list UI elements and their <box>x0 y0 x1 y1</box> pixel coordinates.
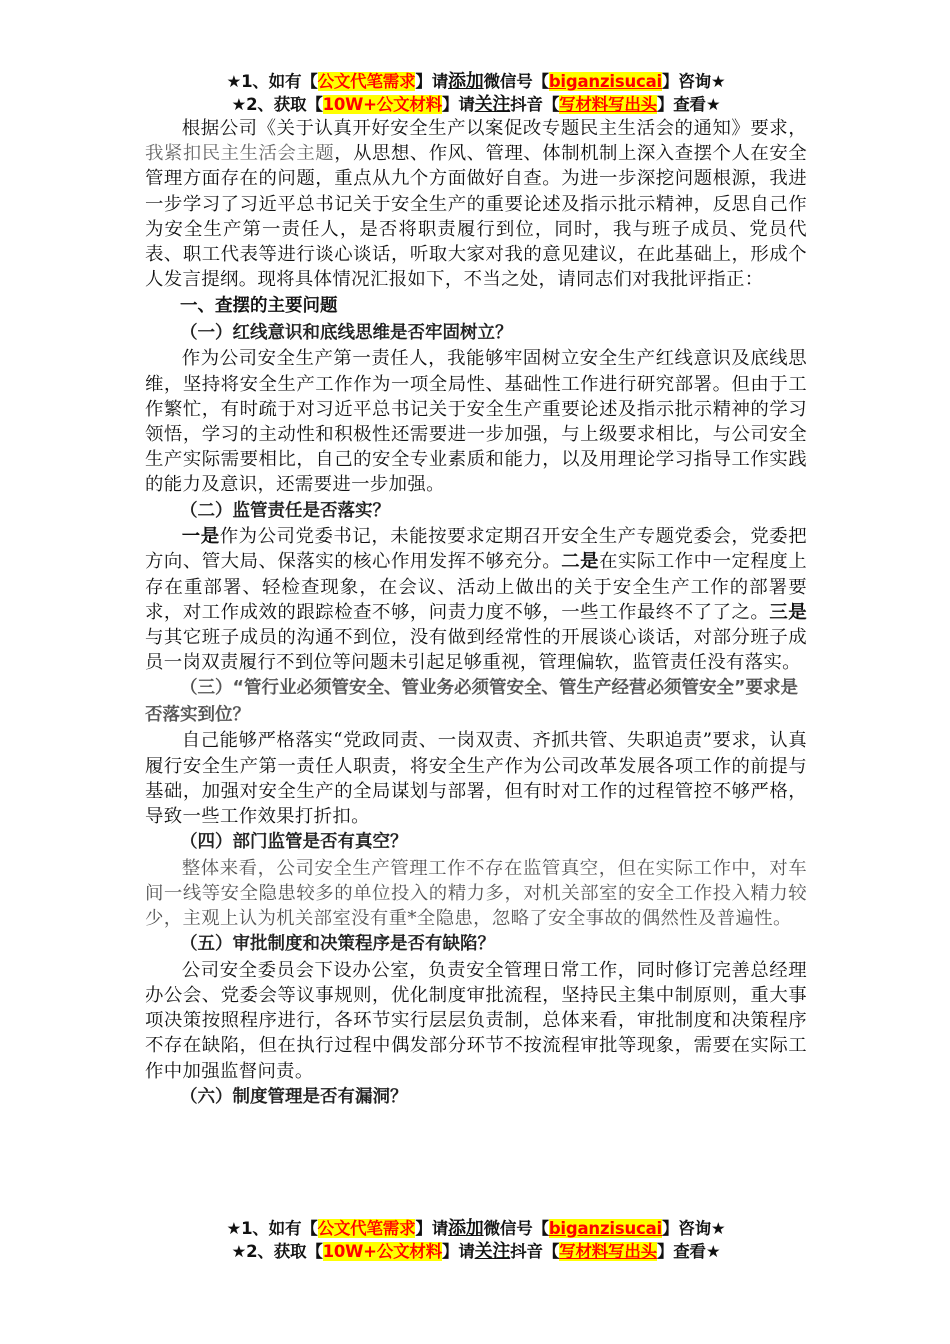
intro-paragraph: 根据公司《关于认真开好安全生产以案促改专题民主生活会的通知》要求，我紧扣民主生活… <box>145 116 807 292</box>
section-heading-1: 一、查摆的主要问题 <box>145 294 807 320</box>
subsection-heading-6: （六）制度管理是否有漏洞？ <box>145 1084 807 1111</box>
promo-line-1: ★1、如有【公文代笔需求】请添加微信号【biganzisucai】咨询★ <box>145 1217 807 1240</box>
promo-text: ★1、如有【 <box>227 1219 318 1238</box>
point-lead-2: 二是 <box>561 551 599 572</box>
promo-text: 微信号【 <box>484 72 549 91</box>
promo-text: 】请 <box>442 95 475 114</box>
promo-text: 】请 <box>415 1219 448 1238</box>
subsection-body-3: 自己能够严格落实“党政同责、一岗双责、齐抓共管、失职追责”要求，认真履行安全生产… <box>145 728 807 829</box>
promo-text: 微信号【 <box>484 1219 549 1238</box>
subsection-body-4: 整体来看，公司安全生产管理工作不存在监管真空，但在实际工作中，对车间一线等安全隐… <box>145 856 807 932</box>
subsection-body-5: 公司安全委员会下设办公室，负责安全管理日常工作，同时修订完善总经理办公会、党委会… <box>145 958 807 1084</box>
promo-text: 】查看★ <box>657 1242 721 1261</box>
promo-text: ★1、如有【 <box>227 72 318 91</box>
promo-line-2: ★2、获取【10W+公文材料】请关注抖音【写材料写出头】查看★ <box>145 1240 807 1263</box>
promo-underlined-follow: 关注 <box>475 1241 511 1262</box>
promo-text: 】请 <box>415 72 448 91</box>
promo-banner-top: ★1、如有【公文代笔需求】请添加微信号【biganzisucai】咨询★ ★2、… <box>145 70 807 116</box>
subsection-heading-3: （三）“管行业必须管安全、管业务必须管安全、管生产经营必须管安全”要求是否落实到… <box>145 675 807 728</box>
promo-highlight-ghostwriting: 公文代笔需求 <box>318 72 416 91</box>
promo-underlined-add: 添加 <box>448 71 484 92</box>
subsection-heading-2: （二）监管责任是否落实？ <box>145 498 807 525</box>
subsection-body-1: 作为公司安全生产第一责任人，我能够牢固树立安全生产红线意识及底线思维，坚持将安全… <box>145 346 807 497</box>
promo-banner-bottom: ★1、如有【公文代笔需求】请添加微信号【biganzisucai】咨询★ ★2、… <box>145 1217 807 1263</box>
subsection-heading-5: （五）审批制度和决策程序是否有缺陷？ <box>145 931 807 958</box>
promo-highlight-materials: 10W+公文材料 <box>323 95 442 114</box>
promo-highlight-materials: 10W+公文材料 <box>323 1242 442 1261</box>
point-lead-3: 三是 <box>769 602 807 623</box>
promo-wechat-id[interactable]: biganzisucai <box>549 1219 662 1238</box>
promo-text: 抖音【 <box>510 95 559 114</box>
promo-text: 】咨询★ <box>662 1219 726 1238</box>
document-page: ★1、如有【公文代笔需求】请添加微信号【biganzisucai】咨询★ ★2、… <box>145 70 807 1110</box>
promo-text: ★2、获取【 <box>232 1242 323 1261</box>
point-text-3: 与其它班子成员的沟通不到位，没有做到经常性的开展谈心谈话，对部分班子成员一岗双责… <box>145 627 807 673</box>
promo-highlight-ghostwriting: 公文代笔需求 <box>318 1219 416 1238</box>
promo-underlined-add: 添加 <box>448 1218 484 1239</box>
promo-text: ★2、获取【 <box>232 95 323 114</box>
promo-line-1: ★1、如有【公文代笔需求】请添加微信号【biganzisucai】咨询★ <box>145 70 807 93</box>
subsection-heading-4: （四）部门监管是否有真空？ <box>145 829 807 856</box>
intro-text: ，从思想、作风、管理、体制机制上深入查摆个人在安全管理方面存在的问题，重点从九个… <box>145 143 807 290</box>
subsection-body-2: 一是作为公司党委书记，未能按要求定期召开安全生产专题党委会，党委把方向、管大局、… <box>145 524 807 675</box>
subsection-heading-1: （一）红线意识和底线思维是否牢固树立？ <box>145 320 807 347</box>
promo-douyin-account[interactable]: 写材料写出头 <box>559 95 657 114</box>
promo-line-2: ★2、获取【10W+公文材料】请关注抖音【写材料写出头】查看★ <box>145 93 807 116</box>
promo-wechat-id[interactable]: biganzisucai <box>549 72 662 91</box>
promo-text: 】咨询★ <box>662 72 726 91</box>
promo-text: 】请 <box>442 1242 475 1261</box>
intro-text: 根据公司《关于认真开好安全生产以案促改专题民主生活会的通知》要求， <box>182 118 807 139</box>
point-lead-1: 一是 <box>182 526 220 547</box>
promo-underlined-follow: 关注 <box>475 94 511 115</box>
promo-text: 】查看★ <box>657 95 721 114</box>
intro-text-gray: 我紧扣民主生活会主题 <box>145 143 334 164</box>
promo-douyin-account[interactable]: 写材料写出头 <box>559 1242 657 1261</box>
promo-text: 抖音【 <box>510 1242 559 1261</box>
